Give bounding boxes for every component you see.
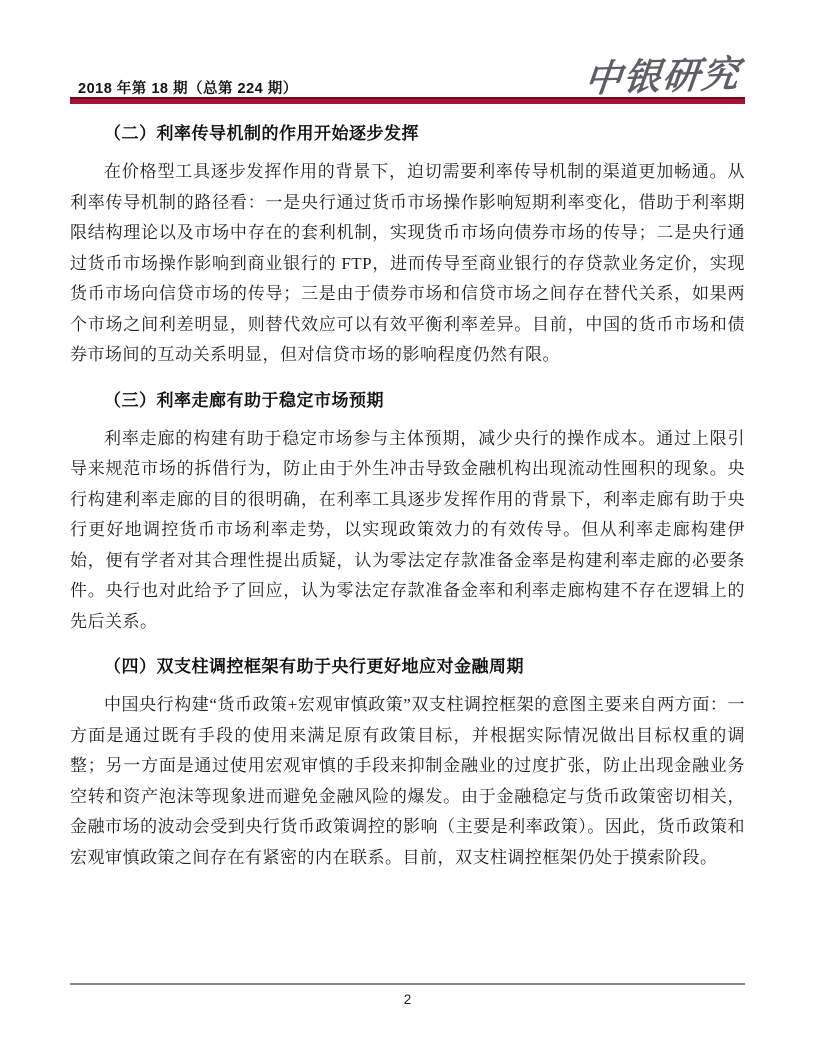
issue-label: 2018 年第 18 期（总第 224 期） (78, 77, 298, 98)
page-number: 2 (0, 992, 815, 1007)
section-4-paragraph: 中国央行构建“货币政策+宏观审慎政策”双支柱调控框架的意图主要来自两方面：一方面… (70, 690, 745, 873)
section-2-heading: （二）利率传导机制的作用开始逐步发挥 (70, 124, 745, 144)
section-3: （三）利率走廊有助于稳定市场预期 利率走廊的构建有助于稳定市场参与主体预期，减少… (70, 391, 745, 638)
document-page: 2018 年第 18 期（总第 224 期） 中银研究 （二）利率传导机制的作用… (0, 0, 815, 1055)
footer-divider (70, 983, 745, 985)
header-divider (70, 97, 745, 104)
section-2: （二）利率传导机制的作用开始逐步发挥 在价格型工具逐步发挥作用的背景下，迫切需要… (70, 124, 745, 371)
document-body: （二）利率传导机制的作用开始逐步发挥 在价格型工具逐步发挥作用的背景下，迫切需要… (70, 104, 745, 873)
section-2-paragraph: 在价格型工具逐步发挥作用的背景下，迫切需要利率传导机制的渠道更加畅通。从利率传导… (70, 157, 745, 371)
section-4-heading: （四）双支柱调控框架有助于央行更好地应对金融周期 (70, 657, 745, 677)
section-3-heading: （三）利率走廊有助于稳定市场预期 (70, 391, 745, 411)
section-4: （四）双支柱调控框架有助于央行更好地应对金融周期 中国央行构建“货币政策+宏观审… (70, 657, 745, 873)
brand-logo: 中银研究 (582, 43, 744, 103)
section-3-paragraph: 利率走廊的构建有助于稳定市场参与主体预期，减少央行的操作成本。通过上限引导来规范… (70, 424, 745, 638)
